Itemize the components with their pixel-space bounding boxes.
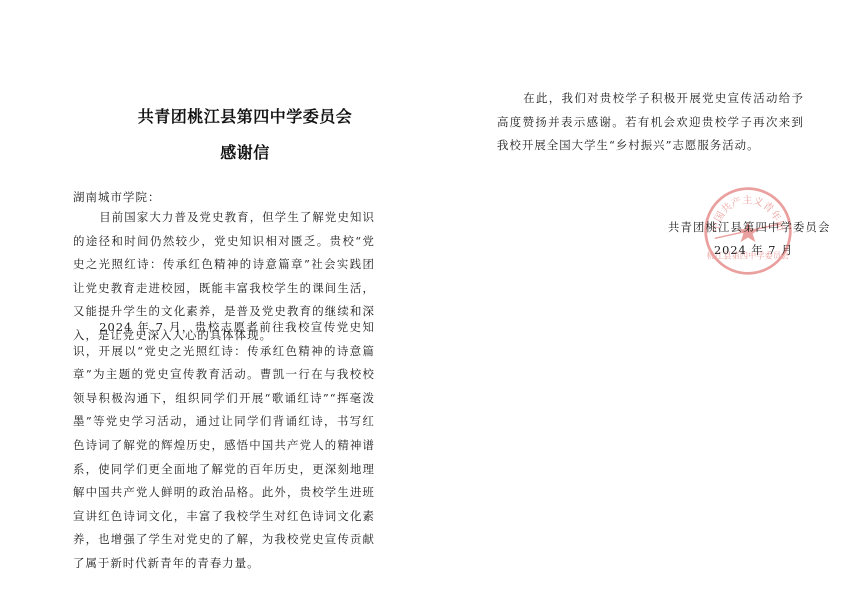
signature: 共青团桃江县第四中学委员会 <box>668 219 830 235</box>
salutation: 湖南城市学院： <box>73 189 161 205</box>
thank-you-letter: 共青团桃江县第四中学委员会 感谢信 湖南城市学院： 目前国家大力普及党史教育，但… <box>0 0 865 608</box>
issuer-title: 共青团桃江县第四中学委员会 <box>60 104 430 127</box>
signature-date: 2024 年 7 月 <box>714 242 793 258</box>
paragraph-3: 在此，我们对贵校学子积极开展党史宣传活动给予高度赞扬并表示感谢。若有机会欢迎贵校… <box>497 87 804 158</box>
paragraph-2: 2024 年 7 月，贵校志愿者前往我校宣传党史知识，开展以“党史之光照红诗：传… <box>73 316 375 576</box>
letter-title: 感谢信 <box>60 140 430 163</box>
